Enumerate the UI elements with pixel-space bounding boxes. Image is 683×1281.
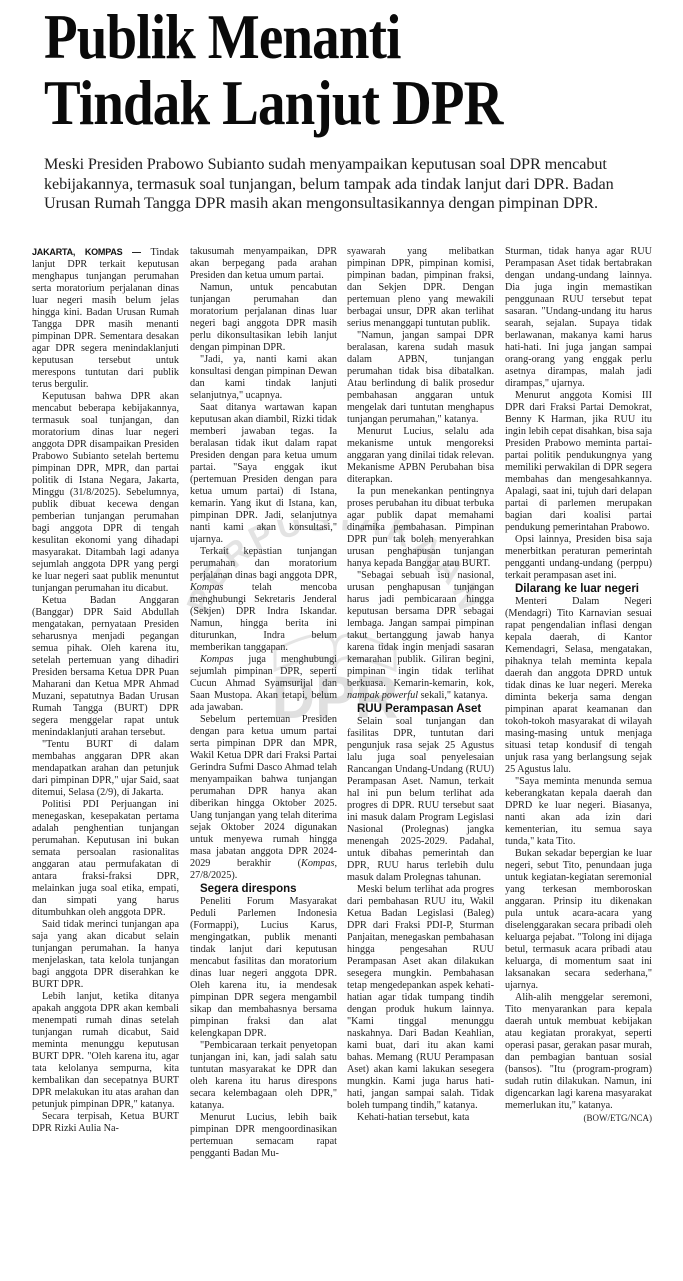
newspaper-clipping: Publik Menanti Tindak Lanjut DPR Meski P…: [0, 0, 683, 1281]
paragraph: Sturman, tidak hanya agar RUU Perampasan…: [505, 246, 652, 390]
subhead-ruu-perampasan-aset: RUU Perampasan Aset: [347, 702, 494, 716]
headline: Publik Menanti Tindak Lanjut DPR: [44, 4, 577, 136]
paragraph: "Pembicaraan terkait penyetopan tunjanga…: [190, 1040, 337, 1112]
paragraph: Menurut Lucius, selalu ada mekanisme unt…: [347, 426, 494, 486]
paragraph: Politisi PDI Perjuangan ini menegaskan, …: [32, 799, 179, 919]
dateline: JAKARTA, KOMPAS —: [32, 247, 141, 257]
paragraph: syawarah yang melibatkan pimpinan DPR, p…: [347, 246, 494, 330]
paragraph: Opsi lainnya, Presiden bisa saja menerbi…: [505, 534, 652, 582]
paragraph: Kehati-hatian tersebut, kata: [347, 1112, 494, 1124]
paragraph: Saat ditanya wartawan kapan keputusan ak…: [190, 402, 337, 546]
publication-name: Kompas: [200, 654, 233, 665]
article-deck: Meski Presiden Prabowo Subianto sudah me…: [44, 155, 644, 214]
paragraph: Keputusan bahwa DPR akan mencabut bebera…: [32, 391, 179, 595]
paragraph: Kompas juga menghubungi sejumlah pimpina…: [190, 654, 337, 714]
paragraph: takusumah menyampaikan, DPR akan berpega…: [190, 246, 337, 282]
column-3: syawarah yang melibatkan pimpinan DPR, p…: [347, 246, 494, 1124]
paragraph: "Sebagai sebuah isu nasional, urusan pen…: [347, 570, 494, 702]
subhead-segera-direspons: Segera direspons: [190, 882, 337, 896]
paragraph: "Tentu BURT di dalam membahas anggaran D…: [32, 739, 179, 799]
paragraph: Ia pun menekankan pentingnya proses peru…: [347, 486, 494, 570]
paragraph: "Jadi, ya, nanti kami akan konsultasi de…: [190, 354, 337, 402]
italic-phrase: nampak powerful: [347, 690, 418, 701]
paragraph: Said tidak merinci tunjangan apa saja ya…: [32, 919, 179, 991]
paragraph: Secara terpisah, Ketua BURT DPR Rizki Au…: [32, 1111, 179, 1135]
column-1: JAKARTA, KOMPAS — Tindak lanjut DPR terk…: [32, 246, 179, 1135]
headline-line-2: Tindak Lanjut DPR: [44, 67, 502, 138]
column-2: takusumah menyampaikan, DPR akan berpega…: [190, 246, 337, 1160]
paragraph: Menteri Dalam Negeri (Mendagri) Tito Kar…: [505, 596, 652, 776]
paragraph: Sebelum pertemuan Presiden dengan para k…: [190, 714, 337, 882]
paragraph: Lebih lanjut, ketika ditanya apakah angg…: [32, 991, 179, 1111]
paragraph: Ketua Badan Anggaran (Banggar) DPR Said …: [32, 595, 179, 739]
author-credit: (BOW/ETG/NCA): [505, 1112, 652, 1124]
paragraph: Menurut Lucius, lebih baik pimpinan DPR …: [190, 1112, 337, 1160]
publication-name: Kompas: [301, 858, 334, 869]
column-4: Sturman, tidak hanya agar RUU Perampasan…: [505, 246, 652, 1124]
publication-name: Kompas: [190, 582, 223, 593]
headline-line-1: Publik Menanti: [44, 1, 400, 72]
paragraph: Bukan sekadar bepergian ke luar negeri, …: [505, 848, 652, 992]
paragraph: "Namun, jangan sampai DPR beralasan, kar…: [347, 330, 494, 426]
paragraph: Menurut anggota Komisi III DPR dari Frak…: [505, 390, 652, 534]
paragraph: Selain soal tunjangan dan fasilitas DPR,…: [347, 716, 494, 884]
paragraph: Peneliti Forum Masyarakat Peduli Parleme…: [190, 896, 337, 1040]
paragraph: Meski belum terlihat ada progres dari pe…: [347, 884, 494, 1112]
paragraph: Terkait kepastian tunjangan perumahan da…: [190, 546, 337, 654]
lead-paragraph: JAKARTA, KOMPAS — Tindak lanjut DPR terk…: [32, 246, 179, 391]
paragraph: "Saya meminta menunda semua keberangkata…: [505, 776, 652, 848]
paragraph: Namun, untuk pencabutan tunjangan peruma…: [190, 282, 337, 354]
paragraph: Alih-alih menggelar seremoni, Tito menya…: [505, 992, 652, 1112]
subhead-dilarang-ke-luar-negeri: Dilarang ke luar negeri: [505, 582, 652, 596]
